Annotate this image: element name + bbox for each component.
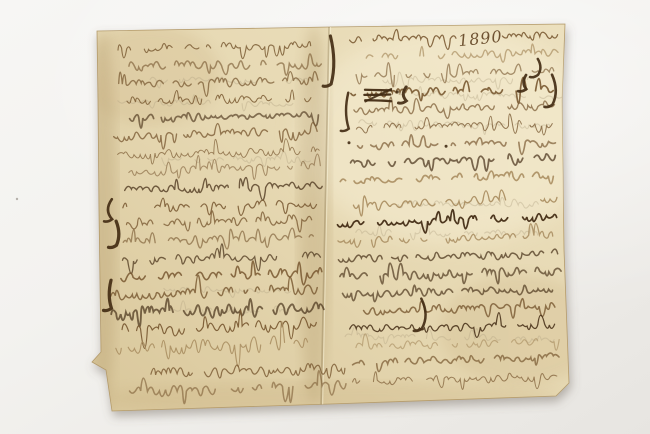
- paper-stain: [440, 275, 600, 385]
- manuscript-scene: [0, 0, 650, 434]
- paper-stain: [300, 25, 600, 245]
- photo-of-handwritten-letter: 1890: [0, 0, 650, 434]
- background-speck: [16, 198, 18, 200]
